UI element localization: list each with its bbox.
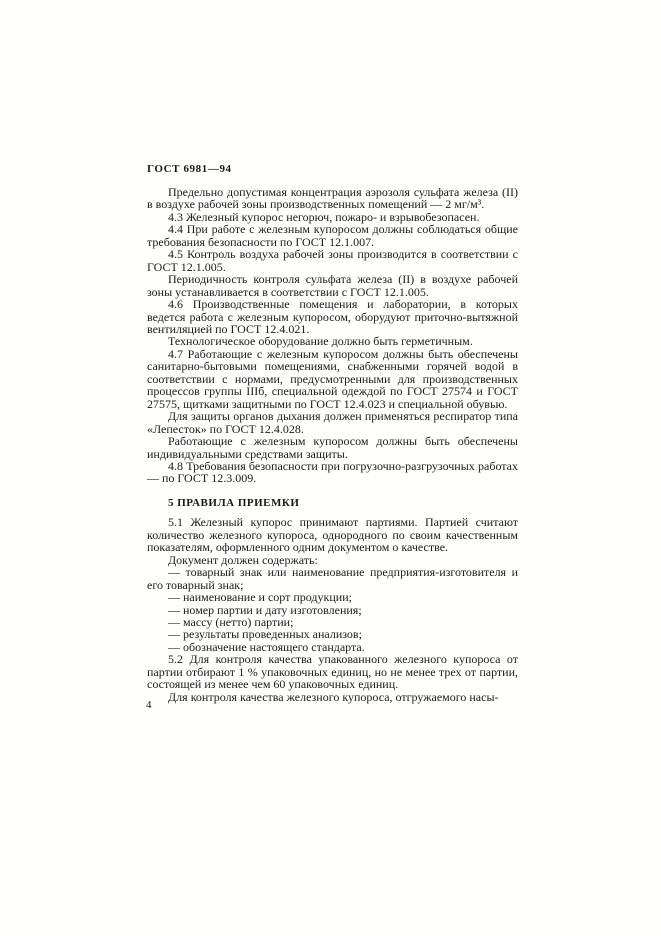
running-header: ГОСТ 6981—94 <box>147 163 232 175</box>
paragraph: 4.8 Требования безопасности при погрузоч… <box>147 460 518 485</box>
document-body: Предельно допустимая концентрация аэрозо… <box>147 186 518 703</box>
section-heading: 5 ПРАВИЛА ПРИЕМКИ <box>147 497 518 509</box>
paragraph: Для контроля качества железного купороса… <box>147 691 518 703</box>
document-page: ГОСТ 6981—94 Предельно допустимая концен… <box>0 0 661 936</box>
paragraph: 4.7 Работающие с железным купоросом долж… <box>147 348 518 410</box>
paragraph: — результаты проведенных анализов; <box>147 628 518 640</box>
paragraph: Для защиты органов дыхания должен примен… <box>147 410 518 435</box>
paragraph: 5.2 Для контроля качества упакованного ж… <box>147 653 518 690</box>
page-number: 4 <box>146 699 152 711</box>
paragraph: 4.4 При работе с железным купоросом долж… <box>147 223 518 248</box>
paragraph: 5.1 Железный купорос принимают партиями.… <box>147 516 518 553</box>
paragraph: 4.5 Контроль воздуха рабочей зоны произв… <box>147 248 518 273</box>
paragraph: Периодичность контроля сульфата железа (… <box>147 273 518 298</box>
paragraph: Предельно допустимая концентрация аэрозо… <box>147 186 518 211</box>
paragraph: Работающие с железным купоросом должны б… <box>147 435 518 460</box>
paragraph: — наименование и сорт продукции; <box>147 591 518 603</box>
paragraph: 4.6 Производственные помещения и лаборат… <box>147 298 518 335</box>
paragraph: — товарный знак или наименование предпри… <box>147 566 518 591</box>
